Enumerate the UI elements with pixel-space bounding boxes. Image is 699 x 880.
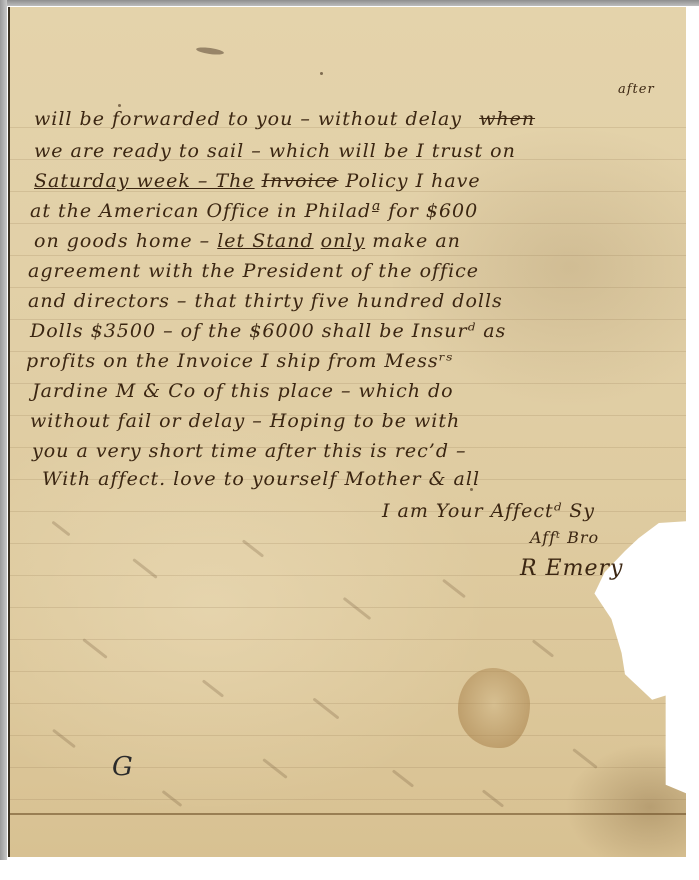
bleed-through-mark bbox=[202, 679, 224, 697]
letter-line-10: Jardine M & Co of this place – which do bbox=[32, 380, 454, 402]
line-text: on goods home – bbox=[34, 230, 210, 252]
struck-word: Invoice bbox=[262, 170, 339, 192]
letter-line-12: you a very short time after this is rec’… bbox=[32, 440, 467, 462]
letter-line-2: we are ready to sail – which will be I t… bbox=[34, 140, 516, 162]
bleed-through-mark bbox=[52, 729, 76, 749]
ruled-line bbox=[10, 639, 686, 640]
ruled-line bbox=[10, 735, 686, 736]
ruled-line bbox=[10, 607, 686, 608]
struck-word: when bbox=[479, 108, 535, 130]
bleed-through-mark bbox=[262, 758, 287, 779]
water-stain bbox=[458, 668, 530, 748]
bleed-through-mark bbox=[532, 639, 554, 657]
ink-spot bbox=[118, 104, 121, 107]
line-text: Saturday week – The bbox=[34, 170, 255, 192]
letter-line-11: without fail or delay – Hoping to be wit… bbox=[30, 410, 460, 432]
letter-line-13: With affect. love to yourself Mother & a… bbox=[42, 468, 480, 490]
inserted-word: after bbox=[618, 82, 655, 97]
margin-pencil-mark: G bbox=[112, 752, 133, 782]
ruled-line bbox=[10, 799, 686, 800]
bleed-through-mark bbox=[442, 579, 466, 599]
bleed-through-mark bbox=[392, 769, 414, 787]
underlined-phrase: only bbox=[321, 230, 366, 252]
closing-line: I am Your Affectᵈ Sy bbox=[382, 500, 595, 522]
letter-line-3: Saturday week – The Invoice Policy I hav… bbox=[34, 170, 481, 192]
fold-crease bbox=[10, 813, 686, 815]
underlined-phrase: let Stand bbox=[217, 230, 313, 252]
letter-line-9: profits on the Invoice I ship from Messʳ… bbox=[26, 350, 454, 372]
scanner-edge-left bbox=[0, 0, 7, 860]
bleed-through-mark bbox=[82, 638, 107, 659]
letter-line-4: at the American Office in Philadª for $6… bbox=[30, 200, 478, 222]
line-text: make an bbox=[372, 230, 461, 252]
letter-line-8: Dolls $3500 – of the $6000 shall be Insu… bbox=[30, 320, 506, 342]
bleed-through-mark bbox=[312, 697, 339, 719]
ruled-line bbox=[10, 671, 686, 672]
bleed-through-mark bbox=[572, 748, 597, 769]
letter-line-5: on goods home – let Stand only make an bbox=[34, 230, 461, 252]
closing-line-2: Affᵗ Bro bbox=[530, 528, 599, 547]
line-text: Policy I have bbox=[346, 170, 481, 192]
ruled-line bbox=[10, 287, 686, 288]
letter-line-7: and directors – that thirty five hundred… bbox=[28, 290, 503, 312]
letter-line-6: agreement with the President of the offi… bbox=[28, 260, 479, 282]
bleed-through-mark bbox=[343, 597, 372, 620]
line-text: will be forwarded to you – without delay bbox=[34, 108, 462, 130]
ink-spot bbox=[320, 72, 323, 75]
scanner-edge-top bbox=[0, 0, 699, 6]
letter-line-1: will be forwarded to you – without delay… bbox=[34, 108, 535, 130]
bleed-through-mark bbox=[51, 521, 70, 537]
ruled-line bbox=[10, 255, 686, 256]
signature: R Emery bbox=[520, 556, 623, 581]
letter-page bbox=[8, 7, 686, 857]
ruled-line bbox=[10, 223, 686, 224]
ruled-line bbox=[10, 703, 686, 704]
